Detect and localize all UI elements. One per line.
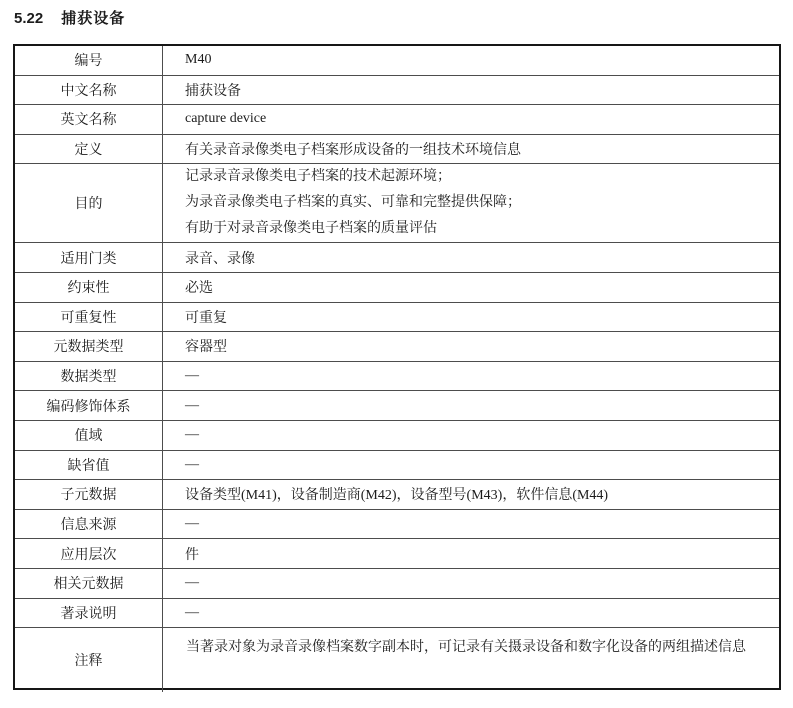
purpose-line: 为录音录像类电子档案的真实、可靠和完整提供保障； — [185, 190, 521, 216]
row-value: — — [163, 451, 779, 480]
row-label: 可重复性 — [15, 303, 163, 332]
row-value: M40 — [163, 46, 779, 75]
purpose-line: 有助于对录音录像类电子档案的质量评估 — [185, 216, 437, 242]
row-label: 信息来源 — [15, 510, 163, 539]
row-value: capture device — [163, 105, 779, 134]
row-label: 英文名称 — [15, 105, 163, 134]
row-label: 缺省值 — [15, 451, 163, 480]
table-row: 目的 记录录音录像类电子档案的技术起源环境； 为录音录像类电子档案的真实、可靠和… — [15, 164, 779, 243]
row-value: 必选 — [163, 273, 779, 302]
row-value: 件 — [163, 539, 779, 568]
table-row: 数据类型 — — [15, 362, 779, 392]
row-value: 设备类型(M41)，设备制造商(M42)，设备型号(M43)，软件信息(M44) — [163, 480, 779, 509]
table-row: 元数据类型 容器型 — [15, 332, 779, 362]
row-value: — — [163, 569, 779, 598]
row-label: 应用层次 — [15, 539, 163, 568]
table-row: 值域 — — [15, 421, 779, 451]
row-value: 捕获设备 — [163, 76, 779, 105]
table-row: 可重复性 可重复 — [15, 303, 779, 333]
section-heading: 5.22 捕获设备 — [14, 7, 125, 28]
table-row: 中文名称 捕获设备 — [15, 76, 779, 106]
metadata-table: 编号 M40 中文名称 捕获设备 英文名称 capture device 定义 … — [13, 44, 781, 690]
row-label: 定义 — [15, 135, 163, 164]
row-label: 相关元数据 — [15, 569, 163, 598]
table-row: 信息来源 — — [15, 510, 779, 540]
table-row: 适用门类 录音、录像 — [15, 243, 779, 273]
table-row: 定义 有关录音录像类电子档案形成设备的一组技术环境信息 — [15, 135, 779, 165]
row-label: 值域 — [15, 421, 163, 450]
row-value: 当著录对象为录音录像档案数字副本时，可记录有关摄录设备和数字化设备的两组描述信息 — [163, 628, 779, 692]
row-value: 可重复 — [163, 303, 779, 332]
table-row: 相关元数据 — — [15, 569, 779, 599]
row-value: — — [163, 362, 779, 391]
row-value: 容器型 — [163, 332, 779, 361]
note-text: 当著录对象为录音录像档案数字副本时，可记录有关摄录设备和数字化设备的两组描述信息 — [169, 635, 769, 660]
row-value: — — [163, 510, 779, 539]
table-row: 英文名称 capture device — [15, 105, 779, 135]
table-row: 约束性 必选 — [15, 273, 779, 303]
row-value: — — [163, 599, 779, 628]
row-label: 子元数据 — [15, 480, 163, 509]
row-label: 目的 — [15, 164, 163, 242]
table-row: 著录说明 — — [15, 599, 779, 629]
table-row: 缺省值 — — [15, 451, 779, 481]
row-label: 编码修饰体系 — [15, 391, 163, 420]
row-value: 记录录音录像类电子档案的技术起源环境； 为录音录像类电子档案的真实、可靠和完整提… — [163, 164, 779, 242]
row-label: 著录说明 — [15, 599, 163, 628]
row-value: 录音、录像 — [163, 243, 779, 272]
row-label: 中文名称 — [15, 76, 163, 105]
table-row: 编号 M40 — [15, 46, 779, 76]
section-title: 捕获设备 — [61, 7, 125, 28]
table-row: 注释 当著录对象为录音录像档案数字副本时，可记录有关摄录设备和数字化设备的两组描… — [15, 628, 779, 692]
row-value: — — [163, 421, 779, 450]
row-label: 约束性 — [15, 273, 163, 302]
table-row: 应用层次 件 — [15, 539, 779, 569]
row-label: 注释 — [15, 628, 163, 692]
row-label: 数据类型 — [15, 362, 163, 391]
purpose-line: 记录录音录像类电子档案的技术起源环境； — [185, 164, 451, 190]
row-label: 适用门类 — [15, 243, 163, 272]
section-number: 5.22 — [14, 10, 43, 27]
row-label: 编号 — [15, 46, 163, 75]
row-value: — — [163, 391, 779, 420]
table-row: 编码修饰体系 — — [15, 391, 779, 421]
row-value: 有关录音录像类电子档案形成设备的一组技术环境信息 — [163, 135, 779, 164]
row-label: 元数据类型 — [15, 332, 163, 361]
table-row: 子元数据 设备类型(M41)，设备制造商(M42)，设备型号(M43)，软件信息… — [15, 480, 779, 510]
